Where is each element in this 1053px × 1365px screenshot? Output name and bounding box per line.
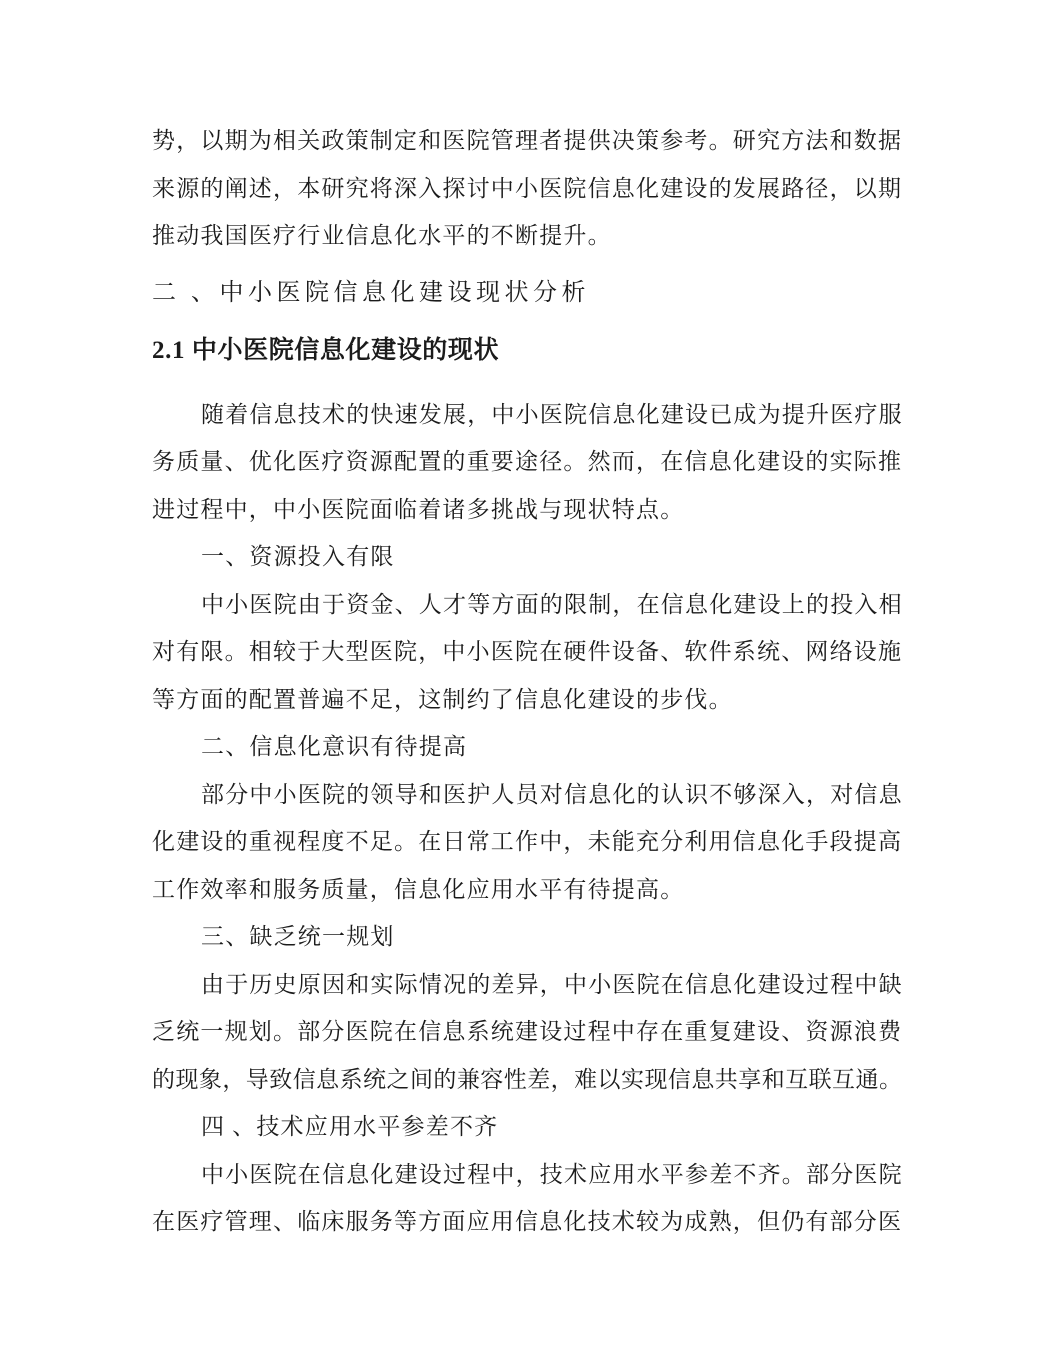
text-line: 随着信息技术的快速发展，中小医院信息化建设已成为提升医疗服 (152, 391, 905, 439)
paragraph: 部分中小医院的领导和医护人员对信息化的认识不够深入，对信息 化建设的重视程度不足… (152, 771, 905, 914)
list-item-heading: 四 、技术应用水平参差不齐 (152, 1103, 905, 1151)
document-page: 势，以期为相关政策制定和医院管理者提供决策参考。研究方法和数据 来源的阐述，本研… (0, 0, 1053, 1365)
text-line: 乏统一规划。部分医院在信息系统建设过程中存在重复建设、资源浪费 (152, 1008, 905, 1056)
text-line: 来源的阐述，本研究将深入探讨中小医院信息化建设的发展路径，以期 (152, 165, 905, 213)
subsection-heading: 2.1 中小医院信息化建设的现状 (152, 327, 905, 375)
text-line: 部分中小医院的领导和医护人员对信息化的认识不够深入，对信息 (152, 771, 905, 819)
paragraph: 随着信息技术的快速发展，中小医院信息化建设已成为提升医疗服 务质量、优化医疗资源… (152, 391, 905, 534)
text-line: 势，以期为相关政策制定和医院管理者提供决策参考。研究方法和数据 (152, 117, 905, 165)
text-line: 等方面的配置普遍不足，这制约了信息化建设的步伐。 (152, 676, 905, 724)
text-line: 化建设的重视程度不足。在日常工作中，未能充分利用信息化手段提高 (152, 818, 905, 866)
text-line: 中小医院在信息化建设过程中，技术应用水平参差不齐。部分医院 (152, 1151, 905, 1199)
paragraph: 中小医院在信息化建设过程中，技术应用水平参差不齐。部分医院 在医疗管理、临床服务… (152, 1151, 905, 1246)
section-heading: 二 、中小医院信息化建设现状分析 (152, 269, 905, 317)
paragraph: 由于历史原因和实际情况的差异，中小医院在信息化建设过程中缺 乏统一规划。部分医院… (152, 961, 905, 1104)
text-line: 的现象，导致信息系统之间的兼容性差，难以实现信息共享和互联互通。 (152, 1056, 905, 1104)
text-line: 进过程中，中小医院面临着诸多挑战与现状特点。 (152, 486, 905, 534)
text-line: 推动我国医疗行业信息化水平的不断提升。 (152, 212, 905, 260)
list-item-heading: 一、资源投入有限 (152, 533, 905, 581)
paragraph: 势，以期为相关政策制定和医院管理者提供决策参考。研究方法和数据 来源的阐述，本研… (152, 117, 905, 260)
text-line: 务质量、优化医疗资源配置的重要途径。然而，在信息化建设的实际推 (152, 438, 905, 486)
paragraph: 中小医院由于资金、人才等方面的限制，在信息化建设上的投入相 对有限。相较于大型医… (152, 581, 905, 724)
list-item-heading: 三、缺乏统一规划 (152, 913, 905, 961)
text-line: 工作效率和服务质量，信息化应用水平有待提高。 (152, 866, 905, 914)
text-line: 由于历史原因和实际情况的差异，中小医院在信息化建设过程中缺 (152, 961, 905, 1009)
text-line: 中小医院由于资金、人才等方面的限制，在信息化建设上的投入相 (152, 581, 905, 629)
text-line: 对有限。相较于大型医院，中小医院在硬件设备、软件系统、网络设施 (152, 628, 905, 676)
list-item-heading: 二、信息化意识有待提高 (152, 723, 905, 771)
text-line: 在医疗管理、临床服务等方面应用信息化技术较为成熟，但仍有部分医 (152, 1198, 905, 1246)
